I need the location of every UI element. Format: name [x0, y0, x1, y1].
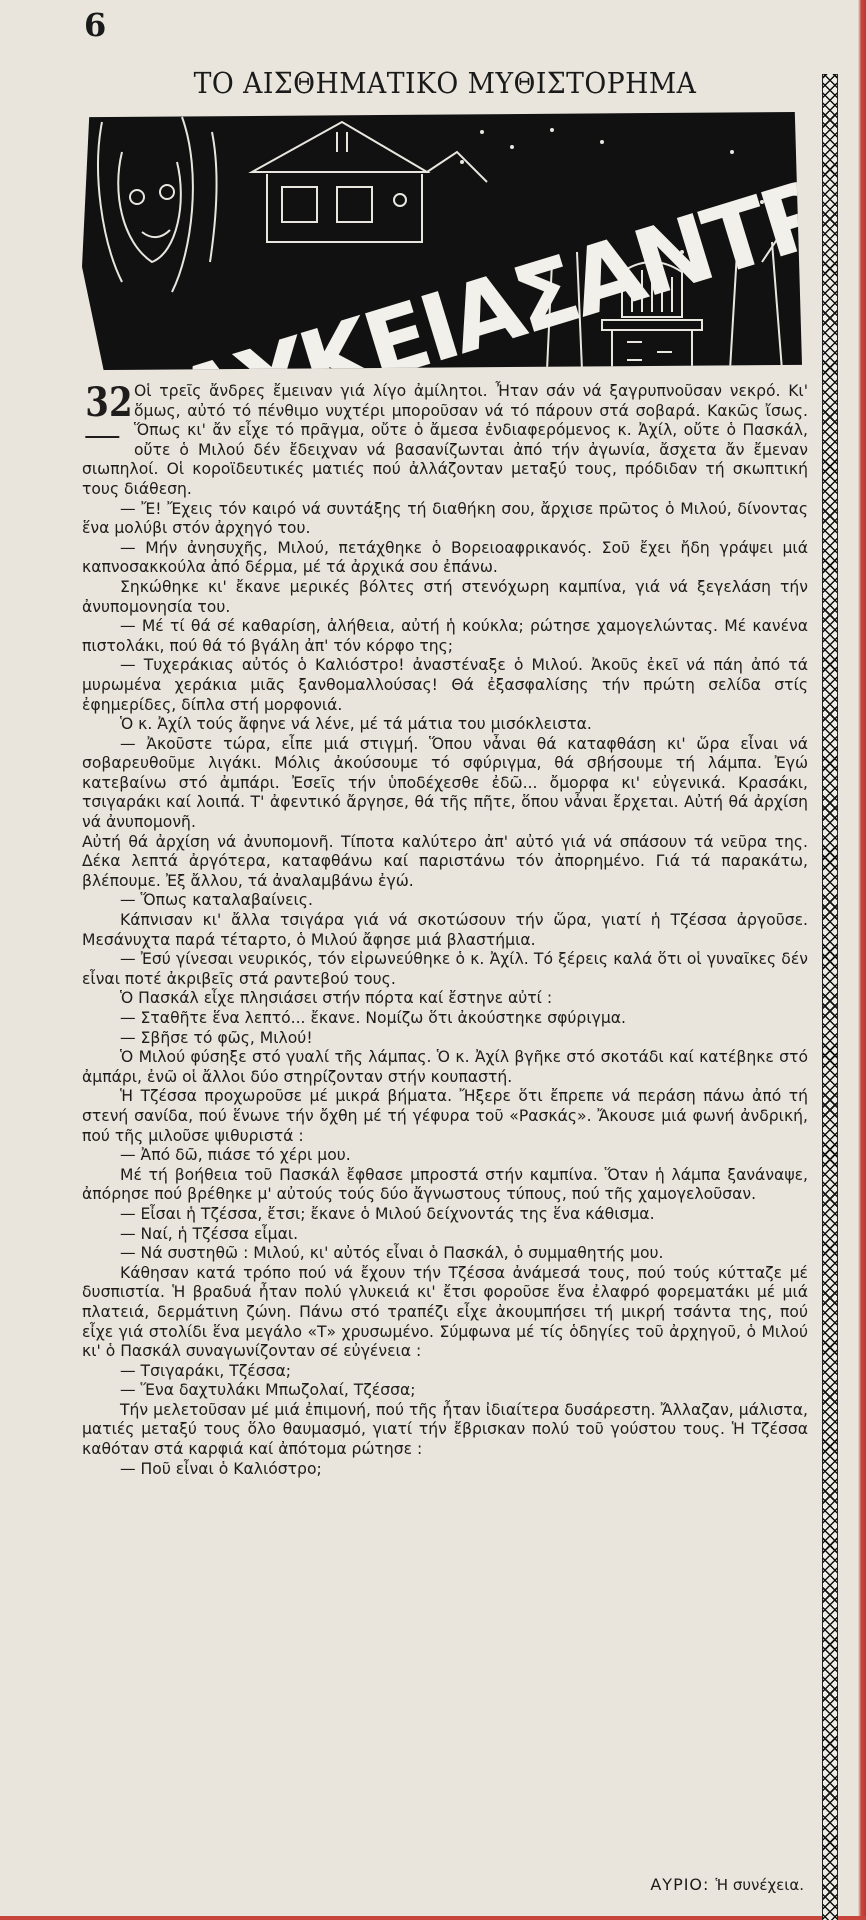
- article-paragraph: — Σβῆσε τό φῶς, Μιλού!: [82, 1029, 808, 1049]
- article-paragraph: — Εἶσαι ἡ Τζέσσα, ἔτσι; ἔκανε ὁ Μιλού δε…: [82, 1205, 808, 1225]
- article-paragraph: Αὐτή θά ἀρχίση νά ἀνυπομονῆ. Τίποτα καλύ…: [82, 833, 808, 892]
- article-paragraph: — Σταθῆτε ἕνα λεπτό... ἔκανε. Νομίζω ὅτι…: [82, 1009, 808, 1029]
- article-paragraph: — Μήν ἀνησυχῆς, Μιλού, πετάχθηκε ὁ Βορει…: [82, 539, 808, 578]
- article-paragraph: Ὁ Πασκάλ εἶχε πλησιάσει στήν πόρτα καί ἔ…: [82, 989, 808, 1009]
- article-paragraph: — Ἀκοῦστε τώρα, εἶπε μιά στιγμή. Ὅπου νἆ…: [82, 735, 808, 833]
- article-paragraph: Τήν μελετοῦσαν μέ μιά ἐπιμονή, πού τῆς ἦ…: [82, 1401, 808, 1460]
- installment-number: 32: [85, 384, 122, 442]
- continued-label: ΑΥΡΙΟ:: [650, 1875, 709, 1894]
- article-paragraph: Κάθησαν κατά τρόπο πού νά ἔχουν τήν Τζέσ…: [82, 1264, 808, 1362]
- article-paragraph: Ὁ κ. Ἀχίλ τούς ἄφηνε νά λένε, μέ τά μάτι…: [82, 715, 808, 735]
- article-paragraph: — Ἀπό δῶ, πιάσε τό χέρι μου.: [82, 1146, 808, 1166]
- banner-illustration: ΓΛΥΚΕΙΑΣΑΝΤΡΙΝΑ: [82, 112, 802, 370]
- article-paragraph: — Νά συστηθῶ : Μιλού, κι' αὐτός εἶναι ὁ …: [82, 1244, 808, 1264]
- article-paragraph: — Τυχεράκιας αὐτός ὁ Καλιόστρο! ἀναστένα…: [82, 656, 808, 715]
- article-paragraph: — Ἕνα δαχτυλάκι Μπωζολαί, Τζέσσα;: [82, 1381, 808, 1401]
- section-kicker: ΤΟ ΑΙΣΘΗΜΑΤΙΚΟ ΜΥΘΙΣΤΟΡΗΜΑ: [164, 66, 725, 100]
- article-paragraph: — Ἐσύ γίνεσαι νευρικός, τόν εἰρωνεύθηκε …: [82, 950, 808, 989]
- article-paragraph: Ὁ Μιλού φύσηξε στό γυαλί τῆς λάμπας. Ὁ κ…: [82, 1048, 808, 1087]
- page-edge: [858, 0, 866, 1920]
- article-paragraph: Κάπνισαν κι' ἄλλα τσιγάρα γιά νά σκοτώσο…: [82, 911, 808, 950]
- article-paragraph: — Ἔ! Ἔχεις τόν καιρό νά συντάξης τή διαθ…: [82, 500, 808, 539]
- continued-notice: ΑΥΡΙΟ: Ἡ συνέχεια.: [650, 1875, 804, 1894]
- woman-face-icon: [98, 117, 193, 292]
- article-paragraph: — Τσιγαράκι, Τζέσσα;: [82, 1362, 808, 1382]
- article-paragraph: Ἡ Τζέσσα προχωροῦσε μέ μικρά βήματα. Ἤξε…: [82, 1087, 808, 1146]
- article-paragraph: Σηκώθηκε κι' ἔκανε μερικές βόλτες στή στ…: [82, 578, 808, 617]
- article-paragraph: Μέ τή βοήθεια τοῦ Πασκάλ ἔφθασε μπροστά …: [82, 1166, 808, 1205]
- title-banner: ΓΛΥΚΕΙΑΣΑΝΤΡΙΝΑ ANNE MARIEL: [82, 112, 802, 370]
- article-paragraphs: 32Οἱ τρεῖς ἄνδρες ἔμειναν γιά λίγο ἀμίλη…: [82, 382, 808, 1479]
- article-paragraph: — Ποῦ εἶναι ὁ Καλιόστρο;: [82, 1460, 808, 1480]
- decorative-border: [822, 74, 838, 1920]
- page-bottom-edge: [0, 1916, 866, 1920]
- article-paragraph: — Ναί, ἡ Τζέσσα εἶμαι.: [82, 1225, 808, 1245]
- house-icon: [210, 122, 487, 262]
- article-body: 32Οἱ τρεῖς ἄνδρες ἔμειναν γιά λίγο ἀμίλη…: [82, 382, 808, 1479]
- article-paragraph: — Ὅπως καταλαβαίνεις.: [82, 891, 808, 911]
- article-paragraph: — Μέ τί θά σέ καθαρίση, ἀλήθεια, αὐτή ἡ …: [82, 617, 808, 656]
- article-paragraph: 32Οἱ τρεῖς ἄνδρες ἔμειναν γιά λίγο ἀμίλη…: [82, 382, 808, 500]
- continued-text: Ἡ συνέχεια.: [716, 1876, 804, 1894]
- page-number: 6: [84, 6, 106, 44]
